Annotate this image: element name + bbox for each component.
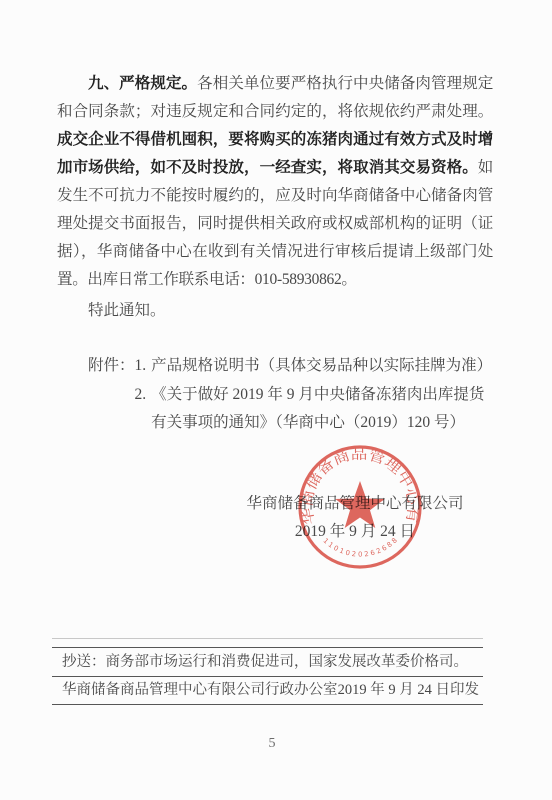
paragraph-segment: 如发生不可抗力不能按时履约的，应及时向华商储备中心储备肉管理处提交书面报告，同时… [57,159,493,288]
attachment-title: 《关于做好 2019 年 9 月中央储备冻猪肉出库提货有关事项的通知》（华商中心… [151,381,492,438]
issuer-row: 华商储备商品管理中心有限公司行政办公室 2019 年 9 月 24 日印发 [52,677,483,704]
signature-company-name: 华商储备商品管理中心有限公司 [246,490,464,518]
signature-date: 2019 年 9 月 24 日 [246,518,464,546]
issuer-office: 华商储备商品管理中心有限公司行政办公室 [62,677,338,704]
attachments-label: 附件： [88,352,135,381]
print-date: 2019 年 9 月 24 日印发 [338,677,479,704]
notice-closing-line: 特此通知。 [57,297,493,325]
signature-block: 华商储备商品管理中心有限公司 2019 年 9 月 24 日 [246,490,464,546]
attachment-item: 2. 《关于做好 2019 年 9 月中央储备冻猪肉出库提货有关事项的通知》（华… [135,381,493,438]
page-number: 5 [0,736,544,752]
paragraph-segment: 九、严格规定。 [88,75,197,92]
attachment-item: 1. 产品规格说明书（具体交易品种以实际挂牌为准） [135,352,493,381]
copy-to-line: 抄送：商务部市场运行和消费促进司，国家发展改革委价格司。 [52,648,483,676]
body-paragraph: 九、严格规定。各相关单位要严格执行中央储备肉管理规定和合同条款；对违反规定和合同… [57,70,493,294]
attachments-block: 附件： 1. 产品规格说明书（具体交易品种以实际挂牌为准） 2. 《关于做好 2… [88,352,498,438]
attachment-number: 2. [135,381,152,410]
attachment-title: 产品规格说明书（具体交易品种以实际挂牌为准） [151,352,492,381]
paragraph-segment: 成交企业不得借机囤积，要将购买的冻猪肉通过有效方式及时增加市场供给，如不及时投放… [57,131,493,176]
attachments-list: 1. 产品规格说明书（具体交易品种以实际挂牌为准） 2. 《关于做好 2019 … [135,352,493,438]
footer-divider-bottom [52,704,483,705]
footer-block: 抄送：商务部市场运行和消费促进司，国家发展改革委价格司。 华商储备商品管理中心有… [52,638,483,705]
notice-document-page: 九、严格规定。各相关单位要严格执行中央储备肉管理规定和合同条款；对违反规定和合同… [0,0,552,800]
attachment-number: 1. [135,352,152,381]
footer-divider-gap [52,639,483,647]
